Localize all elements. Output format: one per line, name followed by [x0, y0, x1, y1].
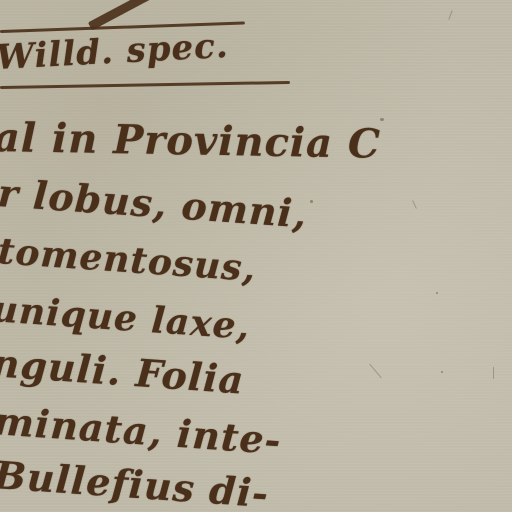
paper-speck	[310, 200, 313, 203]
paper-fiber	[493, 367, 494, 379]
paper-speck	[436, 292, 438, 294]
paper-speck	[441, 371, 443, 373]
manuscript-line-2: al in Provincia C	[0, 114, 381, 168]
